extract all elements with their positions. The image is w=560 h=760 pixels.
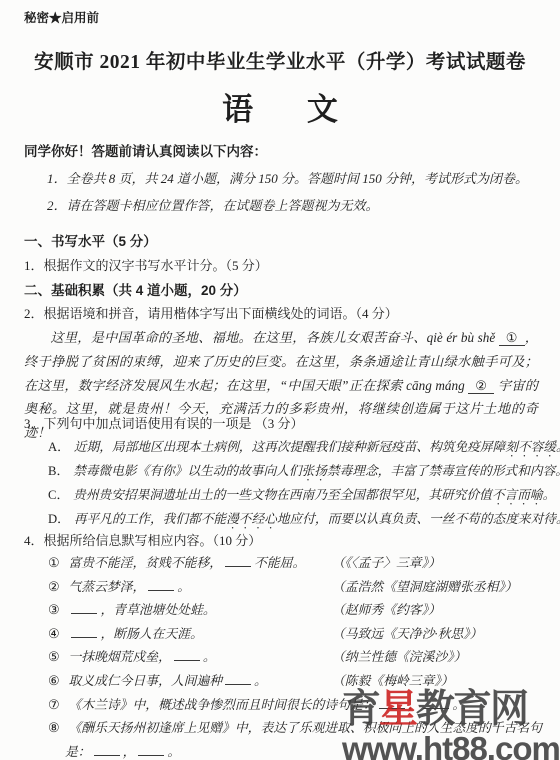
option-text: 。 <box>543 488 556 502</box>
dictation-item: ②气蒸云梦泽，。（孟浩然《望洞庭湖赠张丞相》） <box>48 576 542 600</box>
option-line: C．贵州贵安招果洞遗址出土的一些文物在西南乃至全国都很罕见，其研究价值不言而喻。 <box>48 484 560 508</box>
text-segment: 是： <box>65 745 91 759</box>
option-text: 地应付，而要以认真负责、一丝不苟的态度来对待。 <box>277 512 560 526</box>
dictation-item-content: 《酬乐天扬州初逢席上见赠》中，表达了乐观进取、积极向上的人生态度的千古名句 <box>68 721 541 735</box>
text-segment: ，断肠人在天涯。 <box>100 627 202 641</box>
option-text: 近期，局部地区出现本土病例，这再次提醒我们接种新冠疫苗、构筑免疫屏障 <box>74 440 505 454</box>
text-segment: ， <box>123 745 136 759</box>
text-segment: ， <box>408 698 421 712</box>
circled-number-blank: ① <box>499 330 525 346</box>
question-4-stem: 4．根据所给信息默写相应内容。（10 分） <box>24 530 261 549</box>
dictation-item-content: ，断肠人在天涯。 <box>68 627 202 641</box>
dictation-item: ③，青草池塘处处蛙。（赵师秀《约客》） <box>48 599 542 623</box>
question-1-stem: 1．根据作文的汉字书写水平计分。（5 分） <box>24 255 268 274</box>
subject-char-right: 文 <box>307 92 338 127</box>
answer-blank <box>148 577 174 590</box>
text-segment: 《木兰诗》中，概述战争惨烈而且时间很长的诗句是： <box>68 698 375 712</box>
option-text: 禁毒理念，丰富了禁毒宣传的形式和内容。 <box>327 464 560 478</box>
text-segment: 不能屈。 <box>254 556 305 570</box>
subject-char-left: 语 <box>222 92 253 127</box>
circled-number-blank: ② <box>468 378 494 394</box>
answer-blank <box>379 695 405 708</box>
circled-item-number: ③ <box>48 603 59 617</box>
dictation-item-wrap-line: 是：，。 <box>48 741 542 760</box>
answer-blank <box>71 601 97 614</box>
option-line: A．近期，局部地区出现本土病例，这再次提醒我们接种新冠疫苗、构筑免疫屏障刻不容缓… <box>48 436 560 460</box>
dictation-item: ⑦《木兰诗》中，概述战争惨烈而且时间很长的诗句是：，。 <box>48 694 542 718</box>
option-text: 贵州贵安招果洞遗址出土的一些文物在西南乃至全国都很罕见，其研究价值 <box>73 488 492 502</box>
option-line: B．禁毒微电影《有你》以生动的故事向人们张扬禁毒理念，丰富了禁毒宣传的形式和内容… <box>48 460 560 484</box>
option-label: D． <box>48 512 70 526</box>
answer-blank <box>225 554 251 567</box>
dictation-item: ⑧《酬乐天扬州初逢席上见赠》中，表达了乐观进取、积极向上的人生态度的千古名句是：… <box>48 717 542 760</box>
option-label: B． <box>48 464 69 478</box>
text-segment: 取义成仁今日事，人间遍种 <box>68 674 222 688</box>
secrecy-label: 秘密★启用前 <box>24 8 99 26</box>
question-4-items: ①富贵不能淫，贫贱不能移，不能屈。（《〈孟子〉三章》）②气蒸云梦泽，。（孟浩然《… <box>48 552 542 760</box>
dictation-item-content: ，青草池塘处处蛙。 <box>68 603 215 617</box>
text-segment: 。 <box>203 650 216 664</box>
answer-blank <box>423 695 449 708</box>
dictation-item-source: （陈毅《梅岭三章》） <box>332 670 454 694</box>
option-line: D．再平凡的工作，我们都不能漫不经心地应付，而要以认真负责、一丝不苟的态度来对待… <box>48 508 560 532</box>
dictation-item-content: 一抹晚烟荒戍垒，。 <box>68 650 215 664</box>
dictation-item: ⑥取义成仁今日事，人间遍种。（陈毅《梅岭三章》） <box>48 670 542 694</box>
dictation-item-content: 《木兰诗》中，概述战争惨烈而且时间很长的诗句是：，。 <box>68 698 465 712</box>
question-3-options: A．近期，局部地区出现本土病例，这再次提醒我们接种新冠疫苗、构筑免疫屏障刻不容缓… <box>48 436 560 532</box>
dictation-item-source: （孟浩然《望洞庭湖赠张丞相》） <box>332 576 518 600</box>
dictation-item: ⑤一抹晚烟荒戍垒，。（纳兰性德《浣溪沙》） <box>48 646 542 670</box>
notice-line: 1．全卷共 8 页，共 24 道小题，满分 150 分。答题时间 150 分钟，… <box>47 166 528 193</box>
circled-item-number: ② <box>48 580 59 594</box>
option-label: C． <box>48 488 69 502</box>
text-segment: 一抹晚烟荒戍垒， <box>68 650 170 664</box>
notice-list: 1．全卷共 8 页，共 24 道小题，满分 150 分。答题时间 150 分钟，… <box>47 166 528 219</box>
dictation-item-content: 气蒸云梦泽，。 <box>68 580 190 594</box>
text-segment: 。 <box>254 674 267 688</box>
dotted-emphasis-word: 漫不经心 <box>226 512 277 526</box>
circled-item-number: ⑦ <box>48 698 59 712</box>
circled-item-number: ⑤ <box>48 650 59 664</box>
dictation-item-source: （《〈孟子〉三章》） <box>332 552 441 576</box>
text-segment: 这里，是中国革命的圣地、福地。在这里，各族儿女艰苦奋斗、qiè ér bù sh… <box>50 330 498 345</box>
option-text: 禁毒微电影《有你》以生动的故事向人们 <box>73 464 301 478</box>
dictation-item: ④，断肠人在天涯。（马致远《天净沙·秋思》） <box>48 623 542 647</box>
exam-paper-page: { "colors": { "text": "#1f1f1f", "waterm… <box>0 0 560 760</box>
answer-blank <box>138 743 164 756</box>
circled-item-number: ④ <box>48 627 59 641</box>
circled-item-number: ⑧ <box>48 721 59 735</box>
dotted-emphasis-word: 不言而喻 <box>492 488 543 502</box>
text-segment: ，青草池塘处处蛙。 <box>100 603 215 617</box>
dotted-emphasis-word: 刻不容缓 <box>505 440 556 454</box>
answer-blank <box>174 648 200 661</box>
option-text: 。 <box>556 440 560 454</box>
subject-title: 语 文 <box>0 84 560 129</box>
answer-blank <box>94 743 120 756</box>
greeting-line: 同学你好！答题前请认真阅读以下内容： <box>24 140 267 160</box>
exam-title: 安顺市 2021 年初中毕业生学业水平（升学）考试试题卷 <box>0 46 560 74</box>
text-segment: 富贵不能淫，贫贱不能移， <box>68 556 222 570</box>
question-2-stem: 2．根据语境和拼音，请用楷体字写出下面横线处的词语。（4 分） <box>24 303 398 322</box>
notice-line: 2．请在答题卡相应位置作答，在试题卷上答题视为无效。 <box>47 193 528 220</box>
dictation-item-content: 富贵不能淫，贫贱不能移，不能屈。 <box>68 556 305 570</box>
option-text: 再平凡的工作，我们都不能 <box>74 512 226 526</box>
section-heading-foundation: 二、基础积累（共 4 道小题，20 分） <box>24 279 247 299</box>
dictation-item-source: （赵师秀《约客》） <box>332 599 441 623</box>
circled-item-number: ① <box>48 556 59 570</box>
text-segment: 《酬乐天扬州初逢席上见赠》中，表达了乐观进取、积极向上的人生态度的千古名句 <box>68 721 541 735</box>
dictation-item-content: 取义成仁今日事，人间遍种。 <box>68 674 266 688</box>
dictation-item: ①富贵不能淫，贫贱不能移，不能屈。（《〈孟子〉三章》） <box>48 552 542 576</box>
section-heading-writing: 一、书写水平（5 分） <box>24 230 157 250</box>
circled-item-number: ⑥ <box>48 674 59 688</box>
answer-blank <box>225 672 251 685</box>
answer-blank <box>71 625 97 638</box>
question-3-stem: 3．下列句中加点词语使用有误的一项是 （3 分） <box>24 413 304 432</box>
text-segment: 。 <box>177 580 190 594</box>
dictation-item-source: （纳兰性德《浣溪沙》） <box>332 646 466 670</box>
dictation-item-source: （马致远《天净沙·秋思》） <box>332 623 482 647</box>
text-segment: 。 <box>452 698 465 712</box>
dotted-emphasis-word: 张扬 <box>302 464 327 478</box>
text-segment: 。 <box>167 745 180 759</box>
option-label: A． <box>48 440 70 454</box>
text-segment: 气蒸云梦泽， <box>68 580 145 594</box>
